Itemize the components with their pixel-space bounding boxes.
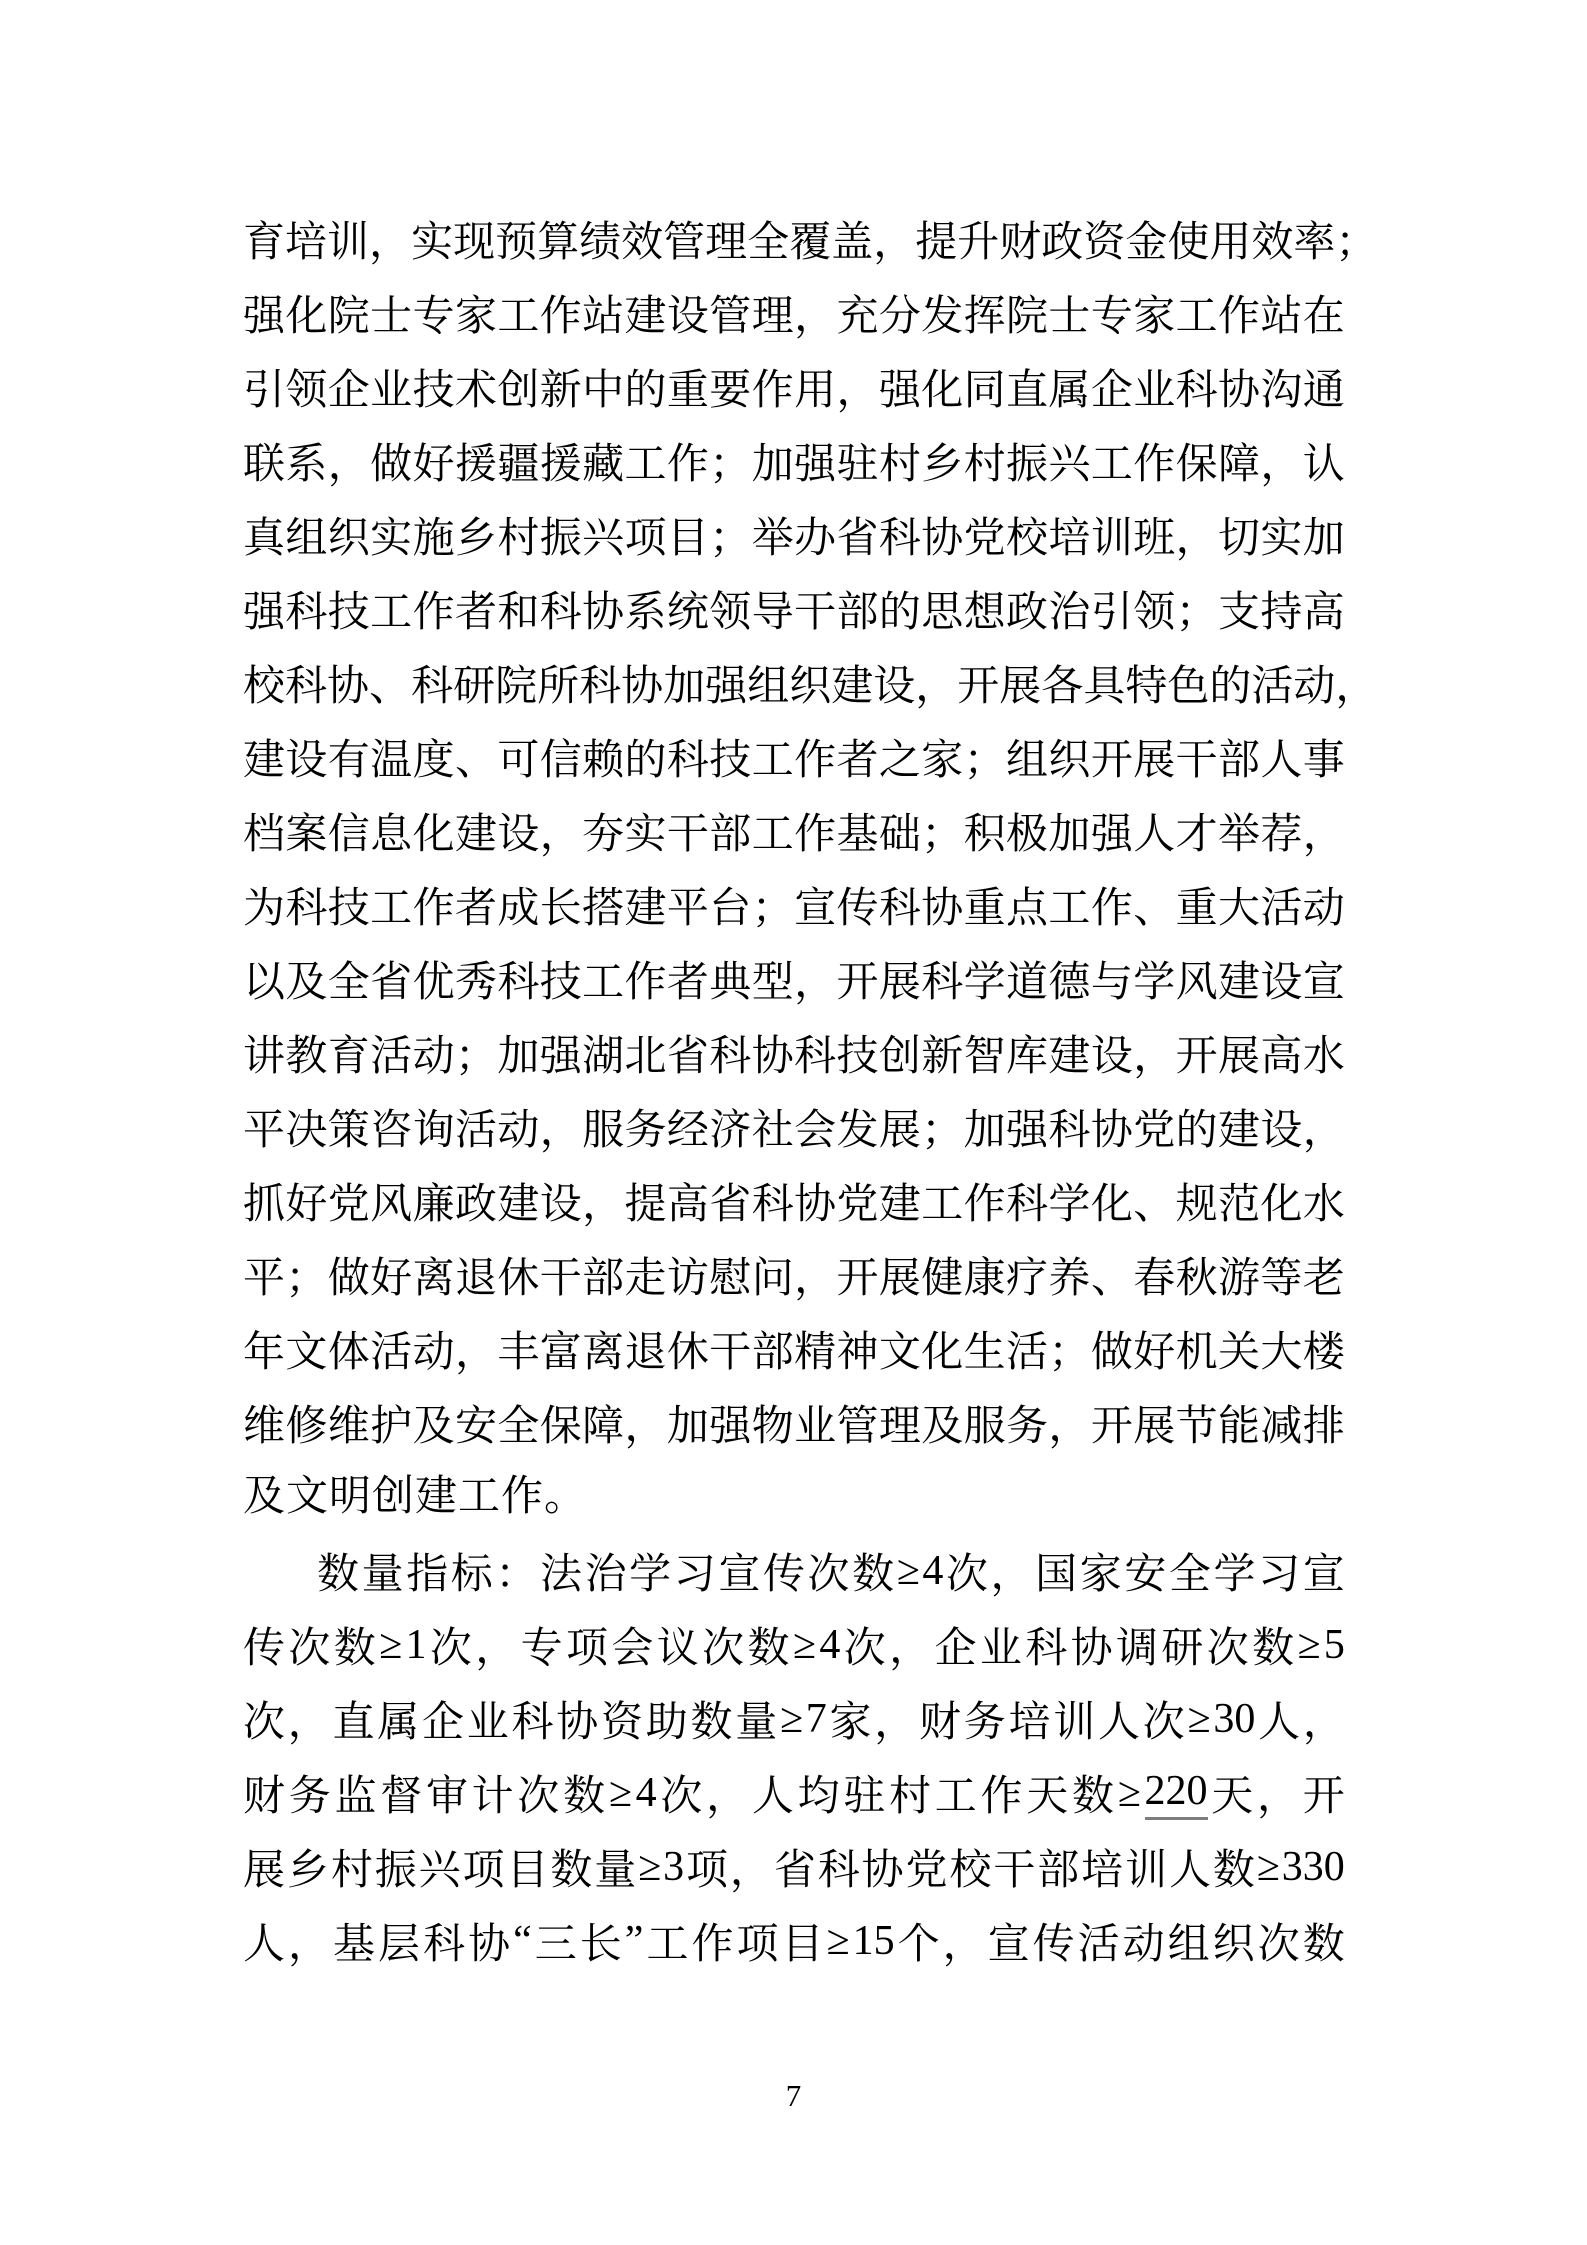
text-char: ， [874, 1689, 916, 1749]
text-char: 省 [667, 1023, 709, 1083]
text-char: 科 [411, 653, 453, 713]
text-char: 充 [836, 283, 878, 343]
text-char: 动 [413, 1319, 455, 1379]
text-char: 康 [964, 1245, 1006, 1305]
text-line: 真组织实施乡村振兴项目；举办省科协党校培训班，切实加 [243, 498, 1345, 572]
text-char: 科 [1025, 1615, 1067, 1675]
text-char: 信 [328, 801, 370, 861]
text-char: 党 [1133, 1097, 1175, 1157]
text-char: 科 [752, 1171, 794, 1231]
text-line: 人，基层科协“三长”工作项目≥15个，宣传活动组织次数 [243, 1904, 1345, 1978]
text-char: 楼 [1303, 1319, 1345, 1379]
text-char: 维 [328, 1393, 370, 1453]
text-char: 展 [879, 1245, 921, 1305]
text-char: 询 [413, 1097, 455, 1157]
text-char: 站 [1260, 283, 1302, 343]
text-char: 动 [1293, 653, 1335, 713]
text-char: 数 [334, 1615, 376, 1675]
text-char: 引 [243, 357, 285, 417]
text-char: 湖 [582, 1023, 624, 1083]
text-char: 保 [540, 1393, 582, 1453]
text-char: 项 [566, 1615, 608, 1675]
text-char: 础 [879, 801, 921, 861]
text-char: 企 [934, 1615, 976, 1675]
text-char: 国 [1035, 1541, 1077, 1601]
text-char: 全 [747, 209, 789, 269]
text-char: 及 [285, 949, 327, 1009]
text-char: 重 [964, 875, 1006, 935]
text-char: 系 [285, 431, 327, 491]
text-char: 管 [709, 283, 751, 343]
text-char: 展 [1133, 1393, 1175, 1453]
text-char: ； [921, 801, 963, 861]
text-char: 强 [794, 431, 836, 491]
text-char: 库 [1006, 1023, 1048, 1083]
text-line: 次，直属企业科协资助数量≥7家，财务培训人次≥30人， [243, 1682, 1345, 1756]
text-char: 均 [798, 1763, 840, 1823]
text-char: 人 [1258, 1689, 1300, 1749]
text-char: 关 [1218, 1319, 1260, 1379]
text-char: 特 [1125, 653, 1167, 713]
text-char: 习 [674, 1541, 716, 1601]
text-char: ， [288, 1689, 330, 1749]
text-char: 率 [1293, 209, 1335, 269]
text-char: ； [752, 875, 794, 935]
text-char: 织 [1213, 1911, 1255, 1971]
text-char: ， [1303, 1689, 1345, 1749]
text-char: ， [943, 1911, 985, 1971]
text-char: 习 [1258, 1541, 1300, 1601]
text-char: 度 [413, 727, 455, 787]
text-char: 330 [1282, 1843, 1345, 1891]
text-char: 驻 [836, 431, 878, 491]
text-char: 村 [879, 431, 921, 491]
text-char: 财 [919, 1689, 961, 1749]
text-char: 想 [964, 579, 1006, 639]
text-char: 赖 [582, 727, 624, 787]
text-char: 作 [691, 1911, 733, 1971]
text-line: 强化院士专家工作站建设管理，充分发挥院士专家工作站在 [243, 276, 1345, 350]
text-char: 优 [413, 949, 455, 1009]
text-char: ， [288, 1911, 330, 1971]
text-char: 兴 [419, 1837, 461, 1897]
text-char: 做 [328, 1245, 370, 1305]
text-char: 作 [794, 727, 836, 787]
text-line: 传次数≥1次，专项会议次数≥4次，企业科协调研次数≥5 [243, 1608, 1345, 1682]
text-char: 金 [1125, 209, 1167, 269]
text-char: 属 [377, 1689, 419, 1749]
text-char: 次 [1143, 1689, 1185, 1749]
text-char: 大 [1218, 875, 1260, 935]
text-char: 220 [1145, 1767, 1208, 1820]
text-char: 政 [1006, 579, 1048, 639]
text-char: ， [328, 431, 370, 491]
text-char: 传 [1033, 1911, 1075, 1971]
text-line: 平；做好离退休干部走访慰问，开展健康疗养、春秋游等老 [243, 1238, 1345, 1312]
text-char: 专 [1091, 283, 1133, 343]
text-char: 人 [243, 1911, 285, 1971]
text-char: 风 [370, 1171, 412, 1231]
text-char: 科 [285, 875, 327, 935]
text-line: 校科协、科研院所科协加强组织建设，开展各具特色的活动， [243, 646, 1345, 720]
text-char: 工 [1048, 875, 1090, 935]
text-char: 资 [601, 1689, 643, 1749]
text-char: 施 [413, 505, 455, 565]
text-char: 数 [852, 1541, 894, 1601]
text-char: 数 [691, 1689, 733, 1749]
text-char: ； [1048, 1319, 1090, 1379]
text-char: 离 [413, 1245, 455, 1305]
text-char: 、 [1133, 1171, 1175, 1231]
text-line: 育培训，实现预算绩效管理全覆盖，提升财政资金使用效率； [243, 202, 1345, 276]
text-char: 化 [1091, 1171, 1133, 1231]
text-char: 实 [625, 801, 667, 861]
text-char: 做 [1091, 1319, 1133, 1379]
text-char: 提 [915, 209, 957, 269]
text-char: 举 [752, 505, 794, 565]
text-char: 作 [964, 1171, 1006, 1231]
text-char: 校 [1006, 505, 1048, 565]
text-char: 领 [1133, 579, 1175, 639]
text-line: 抓好党风廉政建设，提高省科协党建工作科学化、规范化水 [243, 1164, 1345, 1238]
text-char: 传 [243, 1615, 285, 1675]
text-char: 活 [1260, 875, 1302, 935]
text-char: 活 [370, 1319, 412, 1379]
text-char: 业 [1133, 357, 1175, 417]
text-char: 振 [540, 505, 582, 565]
text-char: 科 [1176, 357, 1218, 417]
text-char: 天 [1211, 1763, 1253, 1823]
text-char: ， [1048, 1393, 1090, 1453]
text-char: 干 [540, 1245, 582, 1305]
text-char: 秀 [455, 949, 497, 1009]
text-char: 技 [540, 949, 582, 1009]
text-char: 数 [1252, 1615, 1294, 1675]
text-char: 好 [370, 1245, 412, 1305]
text-char: 项 [736, 1911, 778, 1971]
text-char: 加 [667, 1393, 709, 1453]
text-char: ， [540, 801, 582, 861]
text-char: 社 [752, 1097, 794, 1157]
text-char: 障 [582, 1393, 624, 1453]
text-line: 档案信息化建设，夯实干部工作基础；积极加强人才举荐， [243, 794, 1345, 868]
text-char: 调 [1116, 1615, 1158, 1675]
text-char: 生 [964, 1319, 1006, 1379]
text-char: ≥ [379, 1621, 402, 1669]
text-char: 全 [497, 1393, 539, 1453]
text-char: 强 [243, 579, 285, 639]
text-char: 活 [455, 1097, 497, 1157]
text-char: 展 [1218, 1023, 1260, 1083]
text-line: 及文明创建工作。 [243, 1460, 1345, 1534]
text-char: 离 [582, 1319, 624, 1379]
text-char: 理 [752, 283, 794, 343]
text-char: 组 [1006, 727, 1048, 787]
text-line: 财务监督审计次数≥4次，人均驻村工作天数≥220天，开 [243, 1756, 1345, 1830]
text-char: 驻 [843, 1763, 885, 1823]
text-char: 理 [705, 209, 747, 269]
text-char: 技 [413, 357, 455, 417]
text-char: 好 [285, 1171, 327, 1231]
text-char: 三 [535, 1911, 577, 1971]
text-char: 部 [752, 1319, 794, 1379]
text-char: 数 [1303, 1911, 1345, 1971]
text-char: 管 [836, 1393, 878, 1453]
text-char: 训 [1125, 1837, 1167, 1897]
text-char: 活 [1006, 1319, 1048, 1379]
text-char: 15 [853, 1917, 895, 1965]
text-char: 作 [1091, 875, 1133, 935]
text-char: 规 [1176, 1171, 1218, 1231]
text-char: 动 [413, 1023, 455, 1083]
text-char: ≥ [780, 1695, 803, 1743]
text-char: 理 [879, 1393, 921, 1453]
text-char: 党 [906, 1837, 948, 1897]
text-char: “ [513, 1917, 532, 1965]
text-char: ； [709, 505, 751, 565]
text-char: 思 [921, 579, 963, 639]
text-char: 建 [1218, 1097, 1260, 1157]
text-char: 30 [1213, 1695, 1255, 1743]
text-char: 人 [1260, 727, 1302, 787]
text-char: 算 [537, 209, 579, 269]
text-char: 中 [582, 357, 624, 417]
text-char: ， [1335, 653, 1377, 713]
text-char: 工 [370, 579, 412, 639]
text-char: 举 [1218, 801, 1260, 861]
text-char: 使 [1167, 209, 1209, 269]
text-char: 协 [621, 653, 663, 713]
text-char: 及 [413, 1393, 455, 1453]
text-char: 设 [1260, 1097, 1302, 1157]
text-char: 目 [667, 505, 709, 565]
text-char: 提 [625, 1171, 667, 1231]
text-char: 设 [1260, 949, 1302, 1009]
text-char: 训 [1091, 505, 1133, 565]
text-char: 织 [328, 505, 370, 565]
text-char: 学 [1133, 949, 1175, 1009]
text-char: 荐 [1260, 801, 1302, 861]
text-char: 实 [1260, 505, 1302, 565]
text-char: 目 [506, 1837, 548, 1897]
text-char: 动 [1303, 875, 1345, 935]
text-char: 1 [406, 1621, 427, 1669]
text-char: 休 [497, 1245, 539, 1305]
text-char: 科 [879, 505, 921, 565]
text-char: 企 [422, 1689, 464, 1749]
text-char: 开 [1091, 727, 1133, 787]
text-char: 案 [285, 801, 327, 861]
text-char: 智 [964, 1023, 1006, 1083]
text-char: 管 [663, 209, 705, 269]
text-char: 动 [497, 1097, 539, 1157]
text-char: 的 [879, 579, 921, 639]
text-char: 好 [413, 431, 455, 491]
text-char: 建 [625, 875, 667, 935]
text-char: 工 [646, 1911, 688, 1971]
text-char: 专 [413, 283, 455, 343]
text-char: 会 [611, 1615, 653, 1675]
text-char: 展 [1133, 727, 1175, 787]
text-char: 要 [709, 357, 751, 417]
text-char: 育 [243, 209, 285, 269]
text-char: 新 [540, 357, 582, 417]
text-char: ； [964, 727, 1006, 787]
text-char: 、 [1133, 875, 1175, 935]
text-char: 省 [774, 1837, 816, 1897]
text-char: 展 [879, 949, 921, 1009]
text-char: 展 [243, 1837, 285, 1897]
text-char: 实 [370, 505, 412, 565]
text-char: 部 [582, 1245, 624, 1305]
text-char: ≥ [793, 1621, 816, 1669]
text-char: 建 [1218, 949, 1260, 1009]
text-char: 咨 [370, 1097, 412, 1157]
text-char: 党 [964, 505, 1006, 565]
text-char: 色 [1167, 653, 1209, 713]
text-char: ； [455, 1023, 497, 1083]
text-char: 强 [1091, 801, 1133, 861]
text-char: 养 [1048, 1245, 1090, 1305]
text-char: 科 [921, 949, 963, 1009]
text-char: 项 [463, 1837, 505, 1897]
text-char: ≥ [1118, 1769, 1141, 1817]
text-char: 可 [497, 727, 539, 787]
text-char: 化 [285, 283, 327, 343]
text-char: 活 [1078, 1911, 1120, 1971]
text-char: 直 [1006, 357, 1048, 417]
text-char: 次 [430, 1615, 472, 1675]
text-char: 搭 [582, 875, 624, 935]
text-char: 极 [1006, 801, 1048, 861]
text-char: 次 [517, 1763, 559, 1823]
text-char: 强 [243, 283, 285, 343]
text-char: 休 [667, 1319, 709, 1379]
text-char: 治 [1048, 579, 1090, 639]
text-char: ， [1260, 431, 1302, 491]
text-char: 长 [580, 1911, 622, 1971]
text-char: 组 [285, 505, 327, 565]
text-char: 兴 [1048, 431, 1090, 491]
text-char: 议 [657, 1615, 699, 1675]
text-char: 的 [625, 357, 667, 417]
text-char: 具 [1083, 653, 1125, 713]
text-char: 作 [1133, 431, 1175, 491]
text-char: 大 [1260, 1319, 1302, 1379]
text-char: ， [1133, 1023, 1175, 1083]
text-char: 传 [763, 1541, 805, 1601]
text-char: 通 [1303, 357, 1345, 417]
text-char: 丰 [497, 1319, 539, 1379]
text-char: 平 [243, 1245, 285, 1305]
text-char: 科 [879, 875, 921, 935]
text-char: 技 [328, 875, 370, 935]
text-char: 息 [370, 801, 412, 861]
text-char: 作 [413, 875, 455, 935]
text-char: 的 [1209, 653, 1251, 713]
text-char: 讲 [243, 1023, 285, 1083]
text-char: 次 [946, 1541, 988, 1601]
text-char: 作 [794, 801, 836, 861]
text-char: 服 [582, 1097, 624, 1157]
text-char: ， [1176, 505, 1218, 565]
text-char: 退 [455, 1245, 497, 1305]
text-char: ； [285, 1245, 327, 1305]
text-char: 科 [285, 653, 327, 713]
text-char: 协 [1091, 1097, 1133, 1157]
text-char: 人 [1169, 1837, 1211, 1897]
text-char: 协 [327, 653, 369, 713]
text-char: 宣 [718, 1541, 760, 1601]
text-char: 各 [1041, 653, 1083, 713]
text-char: 属 [1048, 357, 1090, 417]
text-char: ， [873, 209, 915, 269]
text-char: 企 [1091, 357, 1133, 417]
text-char: 务 [1006, 1393, 1048, 1453]
text-char: 健 [921, 1245, 963, 1305]
text-char: 育 [328, 1023, 370, 1083]
text-line: 展乡村振兴项目数量≥3项，省科协党校干部培训人数≥330 [243, 1830, 1345, 1904]
text-char: 数 [317, 1541, 359, 1601]
text-char: 训 [327, 209, 369, 269]
text-char: 宣 [794, 875, 836, 935]
text-char: 创 [497, 357, 539, 417]
text-char: 科 [285, 579, 327, 639]
text-char: 展 [879, 1097, 921, 1157]
text-char: 工 [752, 801, 794, 861]
text-char: 开 [1091, 1393, 1133, 1453]
text-char: 技 [836, 1023, 878, 1083]
text-char: 开 [1303, 1763, 1345, 1823]
text-char: 村 [964, 431, 1006, 491]
text-char: 退 [625, 1319, 667, 1379]
text-char: 问 [752, 1245, 794, 1305]
text-char: 活 [1251, 653, 1293, 713]
text-char: 部 [1037, 1837, 1079, 1897]
text-char: 老 [1303, 1245, 1345, 1305]
text-char: 直 [333, 1689, 375, 1749]
text-char: 量 [735, 1689, 777, 1749]
text-char: 真 [243, 505, 285, 565]
text-char: 开 [836, 949, 878, 1009]
text-char: 目 [781, 1911, 823, 1971]
text-char: 以 [243, 949, 285, 1009]
text-char: 设 [873, 653, 915, 713]
text-char: 科 [709, 1023, 751, 1083]
text-line: 联系，做好援疆援藏工作；加强驻村乡村振兴工作保障，认 [243, 424, 1345, 498]
text-char: 神 [836, 1319, 878, 1379]
text-char: ， [915, 653, 957, 713]
text-char: 技 [328, 579, 370, 639]
text-char: 型 [752, 949, 794, 1009]
text-char: 协 [921, 875, 963, 935]
text-char: 监 [334, 1763, 376, 1823]
text-char: 5 [1324, 1621, 1345, 1669]
text-char: 技 [709, 727, 751, 787]
text-char: 设 [497, 801, 539, 861]
text-char: 物 [752, 1393, 794, 1453]
text-char: 务 [964, 1689, 1006, 1749]
text-char: 4 [636, 1769, 657, 1817]
text-char: 台 [709, 875, 751, 935]
text-char: 加 [497, 1023, 539, 1083]
text-line: 数量指标：法治学习宣传次数≥4次，国家安全学习宣 [243, 1534, 1345, 1608]
text-char: 次 [844, 1615, 886, 1675]
text-char: 建 [1048, 1023, 1090, 1083]
text-char: 省 [370, 949, 412, 1009]
text-char: 精 [794, 1319, 836, 1379]
text-char: 保 [1176, 431, 1218, 491]
